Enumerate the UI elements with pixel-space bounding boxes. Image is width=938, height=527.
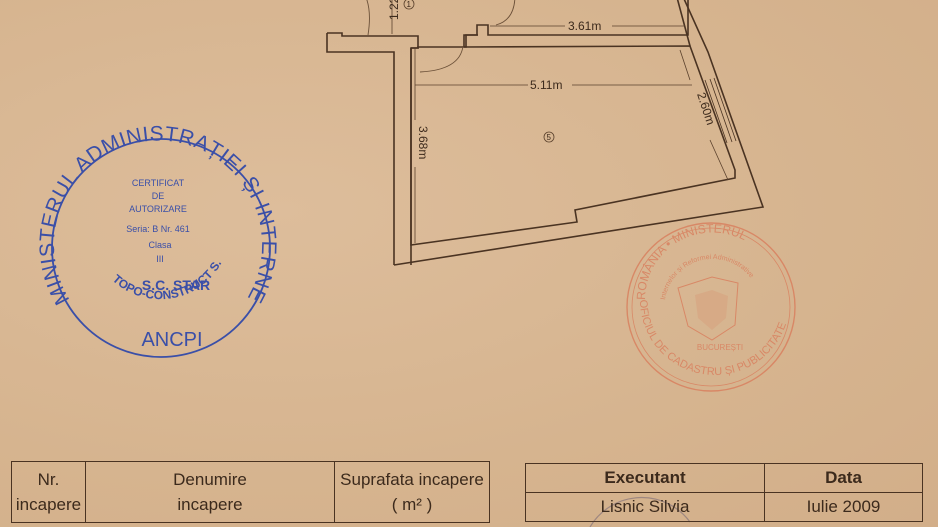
blue-stamp-ring-text: MINISTERUL ADMINISTRAȚIEI ȘI INTERNELOR [0,0,280,309]
svg-text:MINISTERUL ADMINISTRAȚIEI ȘI I: MINISTERUL ADMINISTRAȚIEI ȘI INTERNELOR [0,0,280,309]
dim-top-partial: 1.22 [387,0,401,20]
room-label-5: 5 [547,133,552,142]
blue-stamp-line3: AUTORIZARE [129,204,187,214]
blue-stamp-ancpi: ANCPI [141,329,202,351]
floor-plan: 3.61m 5.11m 3.68m 2.60m 1.22 1 5 MINISTE… [0,0,938,527]
dim-room-width: 5.11m [530,78,562,92]
execution-date: Iulie 2009 [765,493,923,522]
executant-name: Lisnic Silvia [526,493,765,522]
door-arc-3 [496,0,515,25]
door-arc-1 [365,0,369,35]
wall-room-inner [411,46,735,245]
table-header-row: Executant Data [526,464,923,493]
wall-left-outer [327,33,418,265]
red-stamp-city: BUCUREȘTI [697,343,743,352]
door-arc-2 [420,46,463,72]
dim-top-corridor: 3.61m [568,19,601,33]
blue-stamp-class-value: III [156,254,164,264]
blue-authorization-stamp: MINISTERUL ADMINISTRAȚIEI ȘI INTERNELOR … [0,0,280,357]
table-header-row: Nr. incapere Denumire incapere Suprafata… [12,462,490,523]
executant-table: Executant Data Lisnic Silvia Iulie 2009 [525,463,923,522]
col-room-number: Nr. incapere [12,462,86,523]
col-room-name: Denumire incapere [86,462,335,523]
col-room-area: Suprafata incapere ( m² ) [335,462,490,523]
wall-left-outer2 [327,33,394,265]
room-label-1: 1 [407,0,412,9]
header-executant: Executant [526,464,765,493]
dim-right-wall: 2.60m [694,91,718,127]
wall-top-left [411,35,478,48]
dim-room-height: 3.68m [416,126,430,159]
rooms-table: Nr. incapere Denumire incapere Suprafata… [11,461,490,523]
blue-stamp-class-label: Clasa [148,240,171,250]
header-date: Data [765,464,923,493]
red-cadastre-stamp: ROMÂNIA • MINISTERUL Internelor și Refor… [627,221,795,391]
table-row: Lisnic Silvia Iulie 2009 [526,493,923,522]
blue-stamp-series: Seria: B Nr. 461 [126,224,190,234]
blue-stamp-line2: DE [152,191,165,201]
blue-stamp-line1: CERTIFICAT [132,178,185,188]
